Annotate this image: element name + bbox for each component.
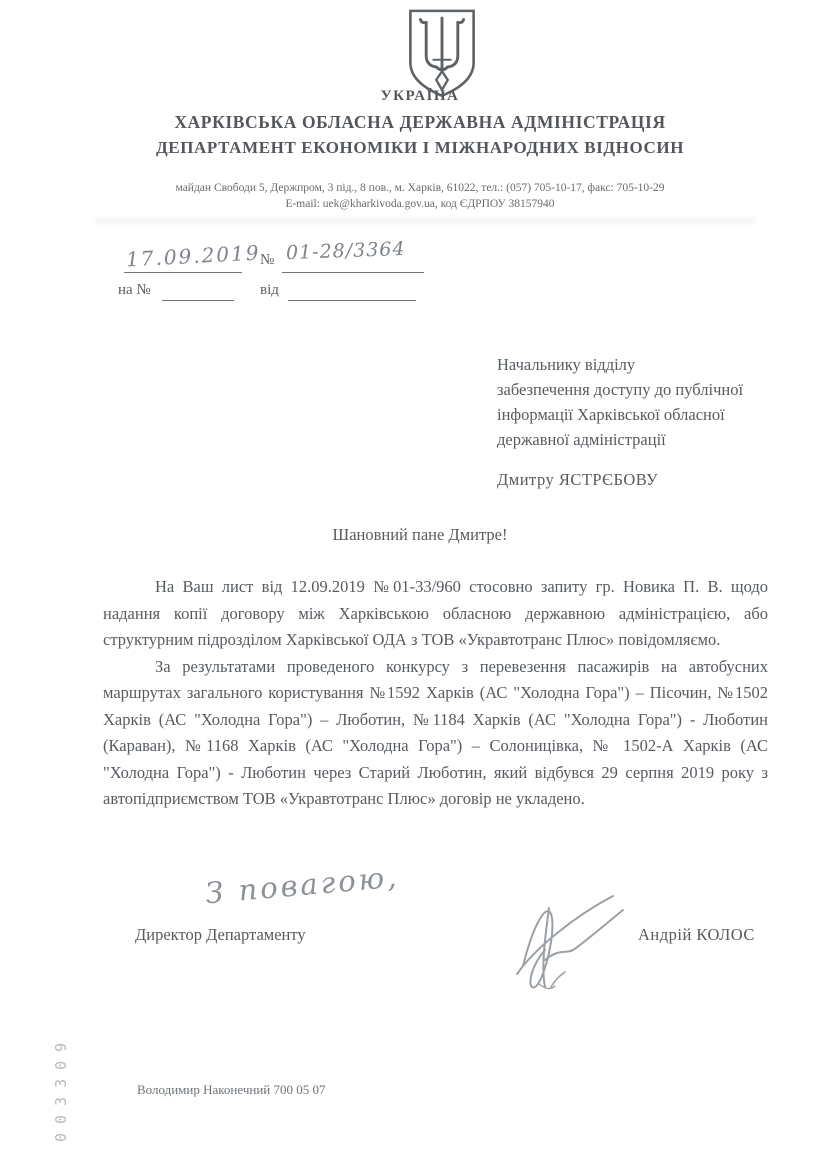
recipient-line: державної адміністрації bbox=[497, 427, 797, 452]
body-paragraph-1: На Ваш лист від 12.09.2019 №01-33/960 ст… bbox=[103, 574, 768, 654]
recipient-line: інформації Харківської обласної bbox=[497, 402, 797, 427]
signer-name: Андрій КОЛОС bbox=[638, 925, 755, 945]
outgoing-date-handwritten: 17.09.2019 bbox=[125, 240, 261, 271]
outgoing-number-handwritten: 01-28/3364 bbox=[286, 238, 406, 264]
reference-row-outgoing: 17.09.2019 № 01-28/3364 bbox=[118, 246, 458, 278]
handwritten-signature-icon bbox=[505, 888, 645, 993]
reply-date-underline bbox=[288, 300, 416, 301]
recipient-line: забезпечення доступу до публічної bbox=[497, 377, 797, 402]
reference-row-incoming: на № від bbox=[118, 280, 458, 306]
reply-number-underline bbox=[162, 300, 234, 301]
body-paragraph-2: За результатами проведеного конкурсу з п… bbox=[103, 654, 768, 813]
recipient-block: Начальнику відділу забезпечення доступу … bbox=[497, 352, 797, 452]
date-underline bbox=[124, 272, 242, 273]
country-name: УКРАЇНА bbox=[0, 88, 840, 105]
salutation: Шановний пане Дмитре! bbox=[0, 525, 840, 545]
address-line: майдан Свободи 5, Держпром, 3 під., 8 по… bbox=[0, 182, 840, 194]
regards-handwritten: З повагою, bbox=[204, 860, 401, 911]
number-sign-label: № bbox=[260, 252, 274, 269]
reply-date-label: від bbox=[260, 282, 279, 299]
scanned-letter-page: УКРАЇНА ХАРКІВСЬКА ОБЛАСНА ДЕРЖАВНА АДМІ… bbox=[0, 0, 840, 1153]
organization-name: ХАРКІВСЬКА ОБЛАСНА ДЕРЖАВНА АДМІНІСТРАЦІ… bbox=[0, 112, 840, 133]
recipient-name: Дмитру ЯСТРЄБОВУ bbox=[497, 470, 797, 490]
recipient-line: Начальнику відділу bbox=[497, 352, 797, 377]
number-underline bbox=[282, 272, 424, 273]
letter-body: На Ваш лист від 12.09.2019 №01-33/960 ст… bbox=[103, 574, 768, 813]
reference-block: 17.09.2019 № 01-28/3364 на № від bbox=[118, 246, 458, 306]
scan-artifact bbox=[95, 219, 755, 223]
signer-title: Директор Департаменту bbox=[135, 925, 306, 945]
reply-number-label: на № bbox=[118, 282, 151, 299]
ukraine-trident-emblem-icon bbox=[398, 8, 486, 100]
executor-contact: Володимир Наконечний 700 05 07 bbox=[137, 1082, 326, 1098]
contact-line: E-mail: uek@kharkivoda.gov.ua, код ЄДРПО… bbox=[0, 198, 840, 210]
department-name: ДЕПАРТАМЕНТ ЕКОНОМІКИ І МІЖНАРОДНИХ ВІДН… bbox=[0, 138, 840, 158]
registration-stamp-number: 003309 bbox=[52, 1034, 70, 1142]
